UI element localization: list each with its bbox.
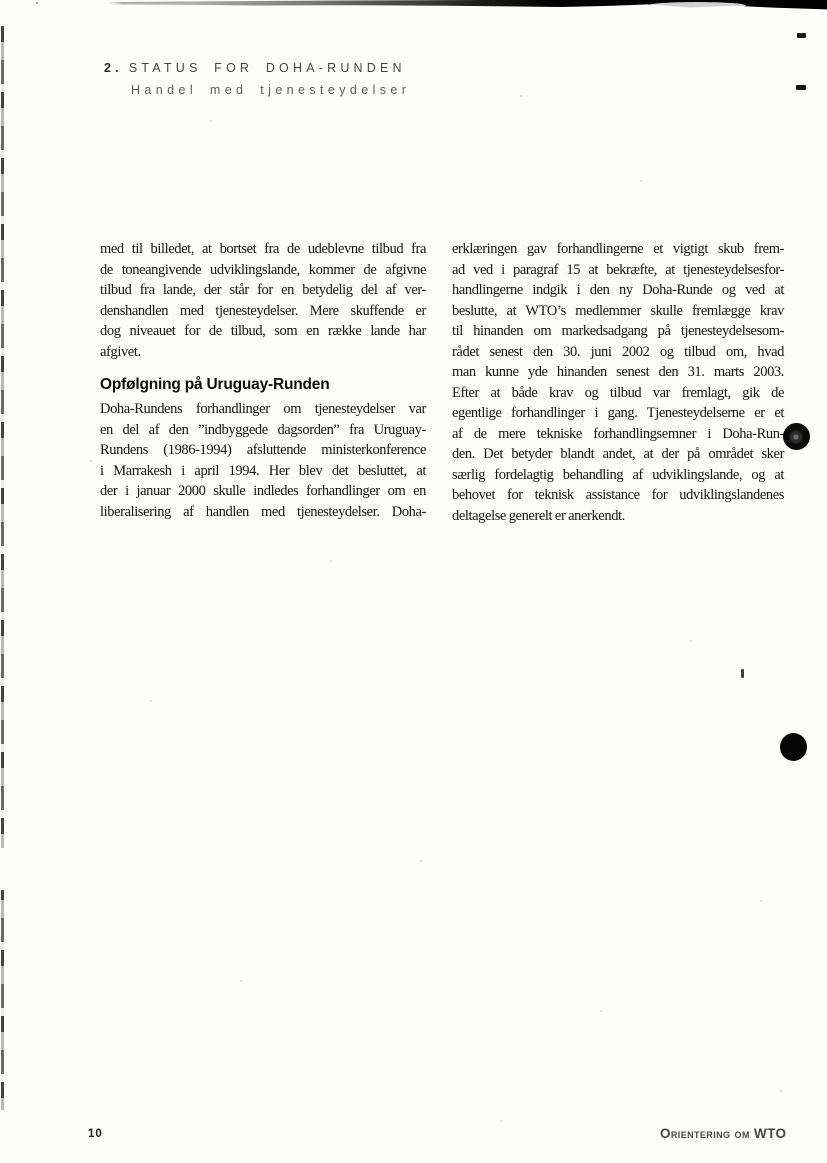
scan-stray-mark (741, 669, 744, 678)
text-line: Rundens (1986-1994) afsluttende minister… (100, 440, 426, 461)
chapter-number: 2. (104, 61, 123, 75)
text-line: erklæringen gav forhandlingerne et vigti… (452, 239, 784, 260)
text-line: afgivet. (100, 342, 426, 363)
left-text-column: med til billedet, at bortset fra de udeb… (100, 239, 426, 522)
chapter-title: STATUS FOR DOHA-RUNDEN (129, 61, 406, 75)
text-line: med til billedet, at bortset fra de udeb… (100, 239, 426, 260)
text-line: en del af den ”indbyggede dagsorden” fra… (100, 420, 426, 441)
text-line: den. Det betyder blandt andet, at der på… (452, 444, 784, 465)
text-line: man kunne yde hinanden senest den 31. ma… (452, 362, 784, 383)
scanned-document-page: 2.STATUS FOR DOHA-RUNDEN Handel med tjen… (0, 0, 827, 1163)
text-line: særlig fordelagtig behandling af udvikli… (452, 465, 784, 486)
paragraph-doha-declaration: erklæringen gav forhandlingerne et vigti… (452, 239, 784, 526)
text-line: Efter at både krav og tilbud var fremlag… (452, 383, 784, 404)
scan-punch-hole-mark-lower (780, 733, 807, 761)
text-line: ad ved i paragraf 15 at bekræfte, at tje… (452, 260, 784, 281)
paragraph-continued-from-previous: med til billedet, at bortset fra de udeb… (100, 239, 426, 362)
scan-streak-gap (0, 848, 7, 890)
text-line: egentlige forhandlinger i gang. Tjeneste… (452, 403, 784, 424)
text-line: af de mere tekniske forhandlingsemner i … (452, 424, 784, 445)
text-line: i Marrakesh i april 1994. Her blev det b… (100, 461, 426, 482)
chapter-subtitle: Handel med tjenesteydelser (131, 79, 410, 101)
page-number: 10 (88, 1128, 103, 1140)
scan-edge-tick-upper (797, 33, 806, 38)
scan-edge-tick-lower (796, 85, 806, 90)
text-line: handlingerne indgik i den ny Doha-Runde … (452, 280, 784, 301)
text-line: Doha-Rundens forhandlinger om tjenesteyd… (100, 399, 426, 420)
text-line: rådet senest den 30. juni 2002 og tilbud… (452, 342, 784, 363)
text-line: beslutte, at WTO’s medlemmer skulle frem… (452, 301, 784, 322)
paragraph-uruguay-round: Doha-Rundens forhandlinger om tjenesteyd… (100, 399, 426, 522)
chapter-header: 2.STATUS FOR DOHA-RUNDEN Handel med tjen… (104, 57, 410, 101)
chapter-title-line: 2.STATUS FOR DOHA-RUNDEN (104, 57, 410, 79)
scan-speckles (0, 0, 2, 2)
publication-title: Orientering om WTO (660, 1126, 786, 1141)
text-line: dog niveauet for de tilbud, som en række… (100, 321, 426, 342)
text-line: behovet for teknisk assistance for udvik… (452, 485, 784, 506)
section-subheading: Opfølgning på Uruguay-Runden (100, 375, 426, 395)
text-line: til hinanden om markedsadgang på tjenest… (452, 321, 784, 342)
right-text-column: erklæringen gav forhandlingerne et vigti… (452, 239, 784, 526)
text-line: deltagelse generelt er anerkendt. (452, 506, 784, 527)
scan-smudge-thin-spot (648, 2, 746, 9)
scan-punch-hole-mark-upper (783, 423, 810, 450)
text-line: liberalisering af handlen med tjenesteyd… (100, 502, 426, 523)
text-line: denshandlen med tjenesteydelser. Mere sk… (100, 301, 426, 322)
scan-streak-left-edge (1, 26, 4, 1110)
text-line: tilbud fra lande, der står for en betyde… (100, 280, 426, 301)
text-line: der i januar 2000 skulle indledes forhan… (100, 481, 426, 502)
text-line: de toneangivende udviklingslande, kommer… (100, 260, 426, 281)
